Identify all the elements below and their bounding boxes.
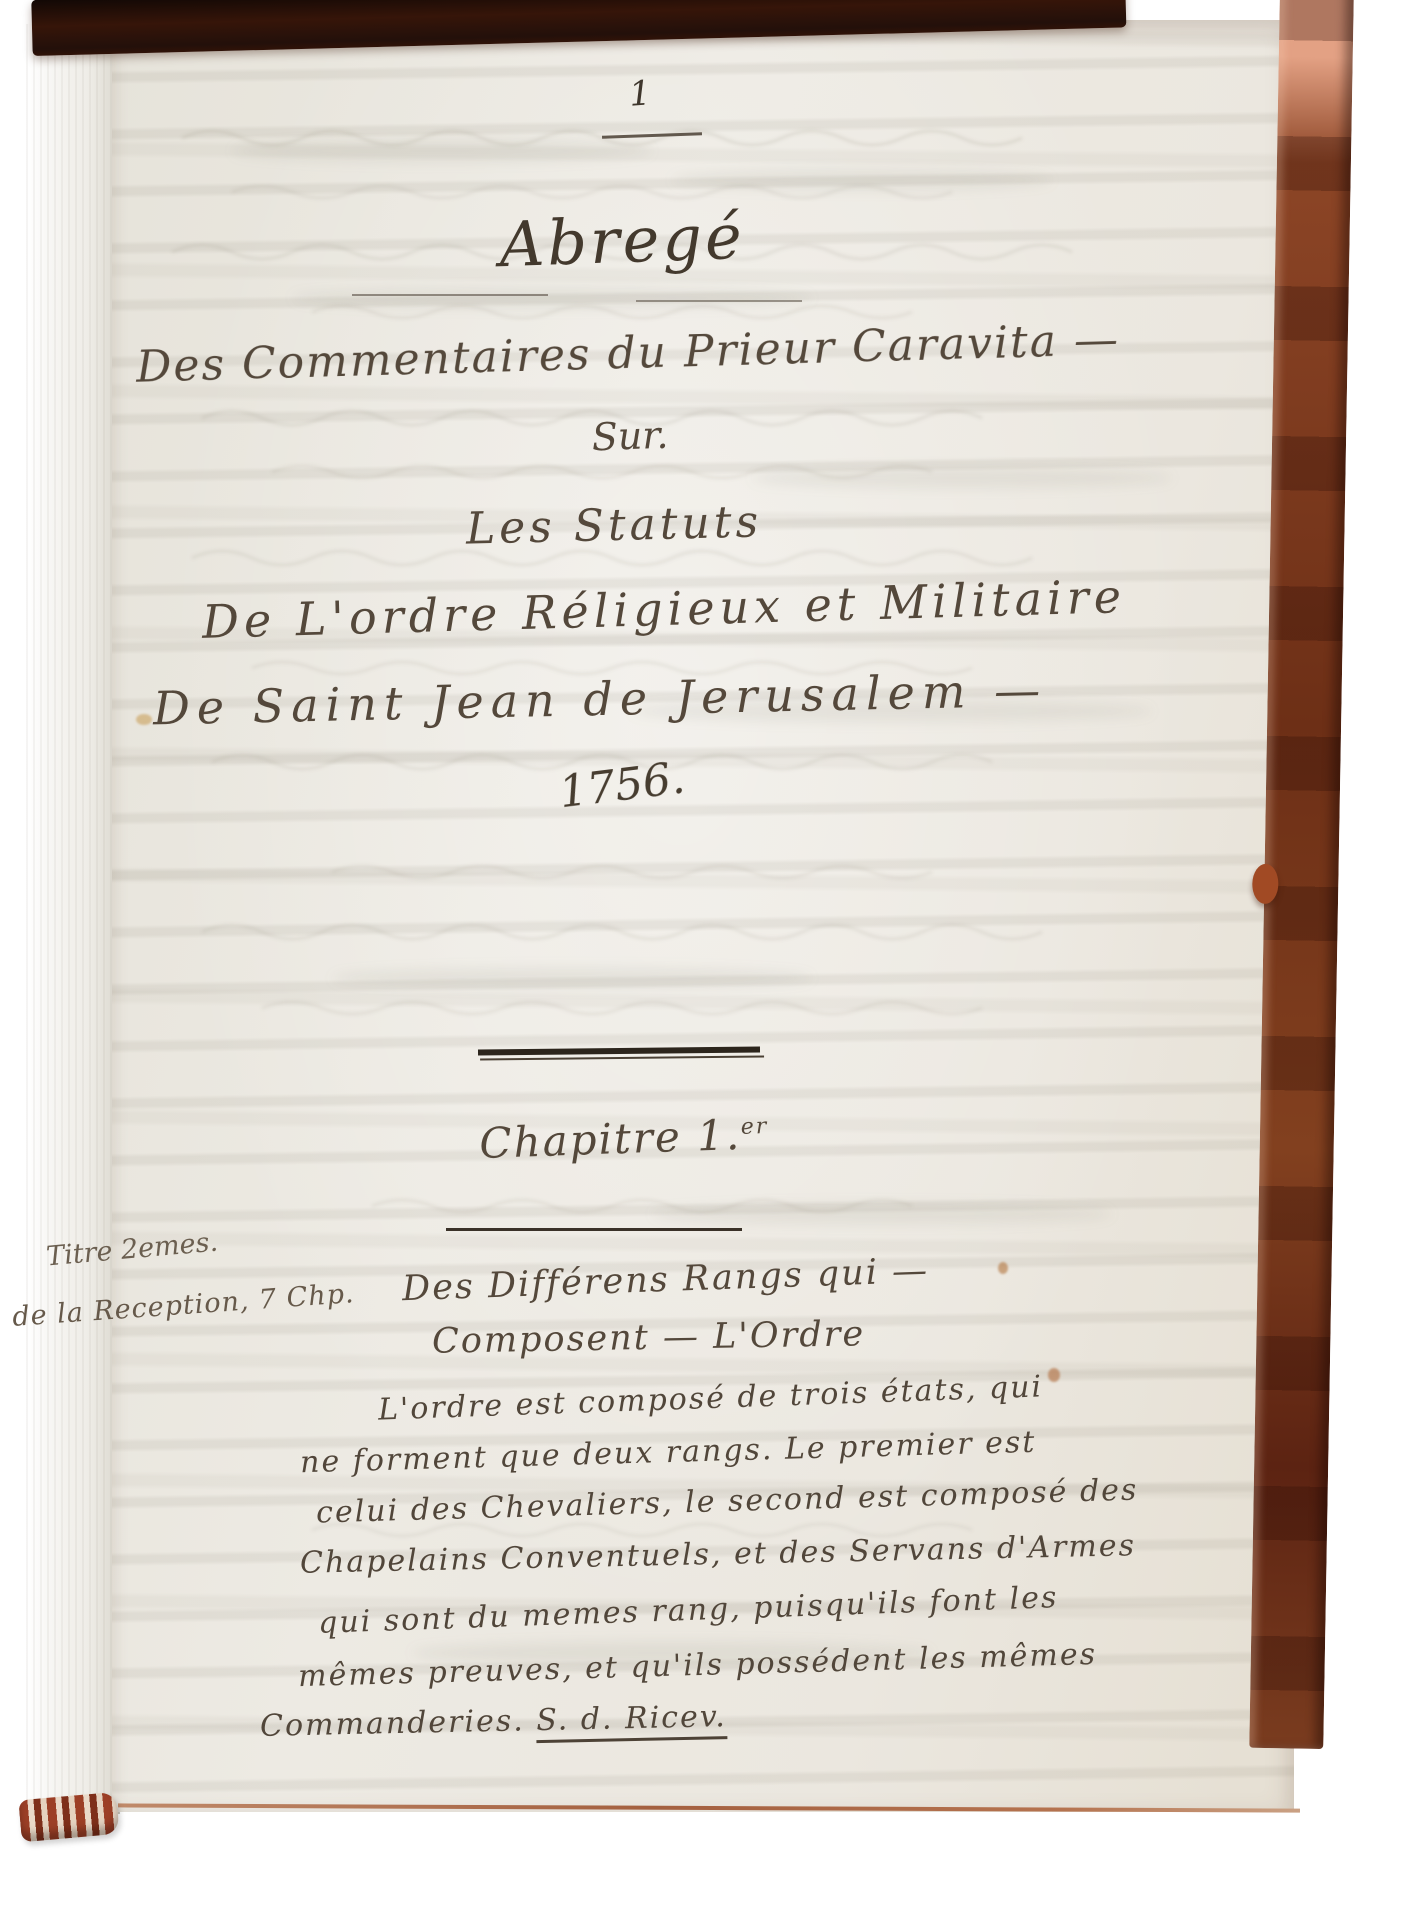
title-underline-left xyxy=(352,294,548,296)
paper-smudge xyxy=(752,468,1172,488)
manuscript-photo: 1 Abregé Des Commentaires du Prieur Cara… xyxy=(0,0,1411,1920)
title-underline-right xyxy=(636,300,802,302)
paper-smudge xyxy=(672,170,1052,190)
paper-smudge xyxy=(332,968,812,988)
section-heading-line-2: Composent — L'Ordre xyxy=(432,1314,866,1362)
paper-smudge xyxy=(232,140,652,162)
book-endband xyxy=(18,1792,119,1842)
chapter-label: Chapitre 1. xyxy=(479,1110,742,1168)
title-abrege: Abregé xyxy=(498,200,746,282)
title-line-sur: Sur. xyxy=(591,413,669,460)
book-pages-edge xyxy=(26,24,120,1814)
chapter-heading: Chapitre 1.er xyxy=(479,1109,770,1168)
foxing-spot xyxy=(136,714,152,725)
page-number: 1 xyxy=(628,73,652,114)
paper-smudge xyxy=(652,1204,1112,1224)
chapter-underline xyxy=(446,1228,742,1231)
leather-knot xyxy=(1252,864,1279,904)
title-line-statuts: Les Statuts xyxy=(465,496,762,554)
chapter-ordinal-suffix: er xyxy=(740,1114,768,1140)
foxing-spot xyxy=(998,1262,1008,1274)
citation: S. d. Ricev. xyxy=(536,1699,727,1743)
foxing-spot xyxy=(1048,1368,1060,1382)
paper-smudge xyxy=(292,288,812,308)
body-last-line-text: Commanderies. xyxy=(260,1703,525,1744)
